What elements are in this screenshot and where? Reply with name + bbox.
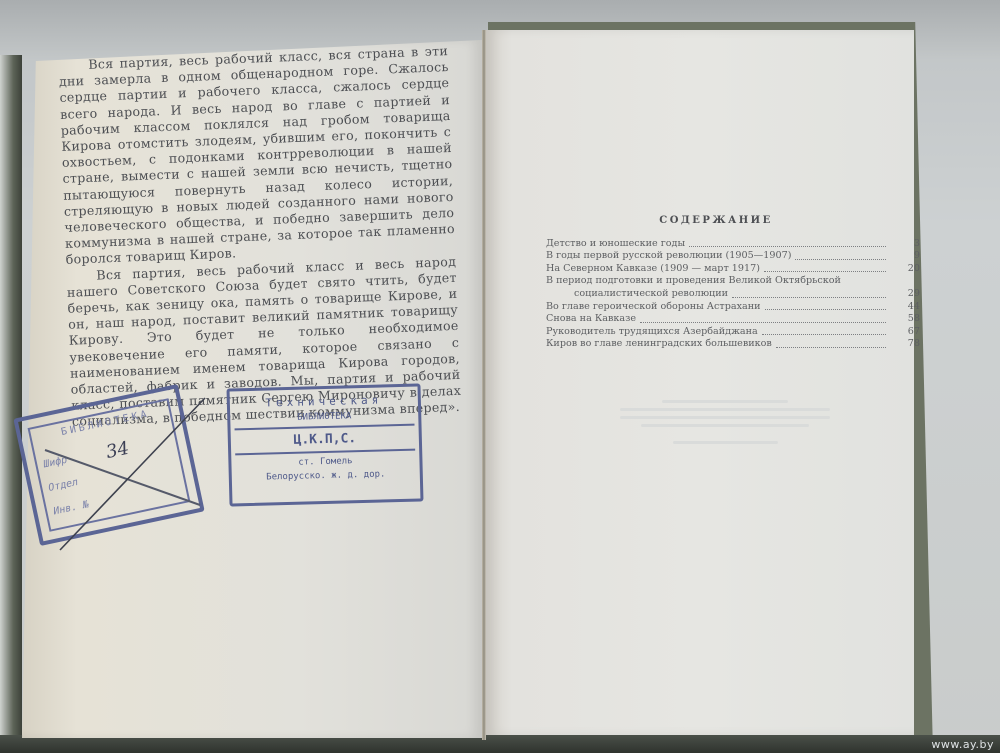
toc-entry: Снова на Кавказе58	[546, 313, 920, 326]
toc-entry: Во главе героической обороны Астрахани44	[546, 301, 920, 314]
book-gutter	[482, 30, 486, 740]
toc-entry: Детство и юношеские годы3	[546, 238, 920, 251]
toc-entry: социалистической революции29	[546, 288, 920, 301]
toc-entry: В годы первой русской революции (1905—19…	[546, 250, 920, 263]
cross-out-lines	[20, 380, 220, 560]
toc-title: СОДЕРЖАНИЕ	[546, 215, 926, 228]
right-page	[486, 30, 914, 735]
technical-library-stamp: Техническая БИБЛИОТЕКА Ц.К.П,С. ст. Гоме…	[226, 383, 423, 506]
watermark: www.ay.by	[931, 738, 994, 751]
table-of-contents: СОДЕРЖАНИЕ Детство и юношеские годы3 В г…	[546, 215, 926, 351]
toc-entry: На Северном Кавказе (1909 — март 1917)20	[546, 263, 920, 276]
paragraph: Вся партия, весь рабочий класс, вся стра…	[58, 43, 456, 268]
show-through-text	[620, 395, 830, 449]
toc-entry: В период подготовки и проведения Великой…	[546, 275, 920, 288]
toc-entry: Руководитель трудящихся Азербайджана67	[546, 326, 920, 339]
book-cover-left	[0, 55, 22, 753]
toc-entry: Киров во главе ленинградских большевиков…	[546, 338, 920, 351]
stamp-line: Ц.К.П,С.	[231, 428, 419, 452]
left-page-body-text: Вся партия, весь рабочий класс, вся стра…	[58, 43, 462, 430]
